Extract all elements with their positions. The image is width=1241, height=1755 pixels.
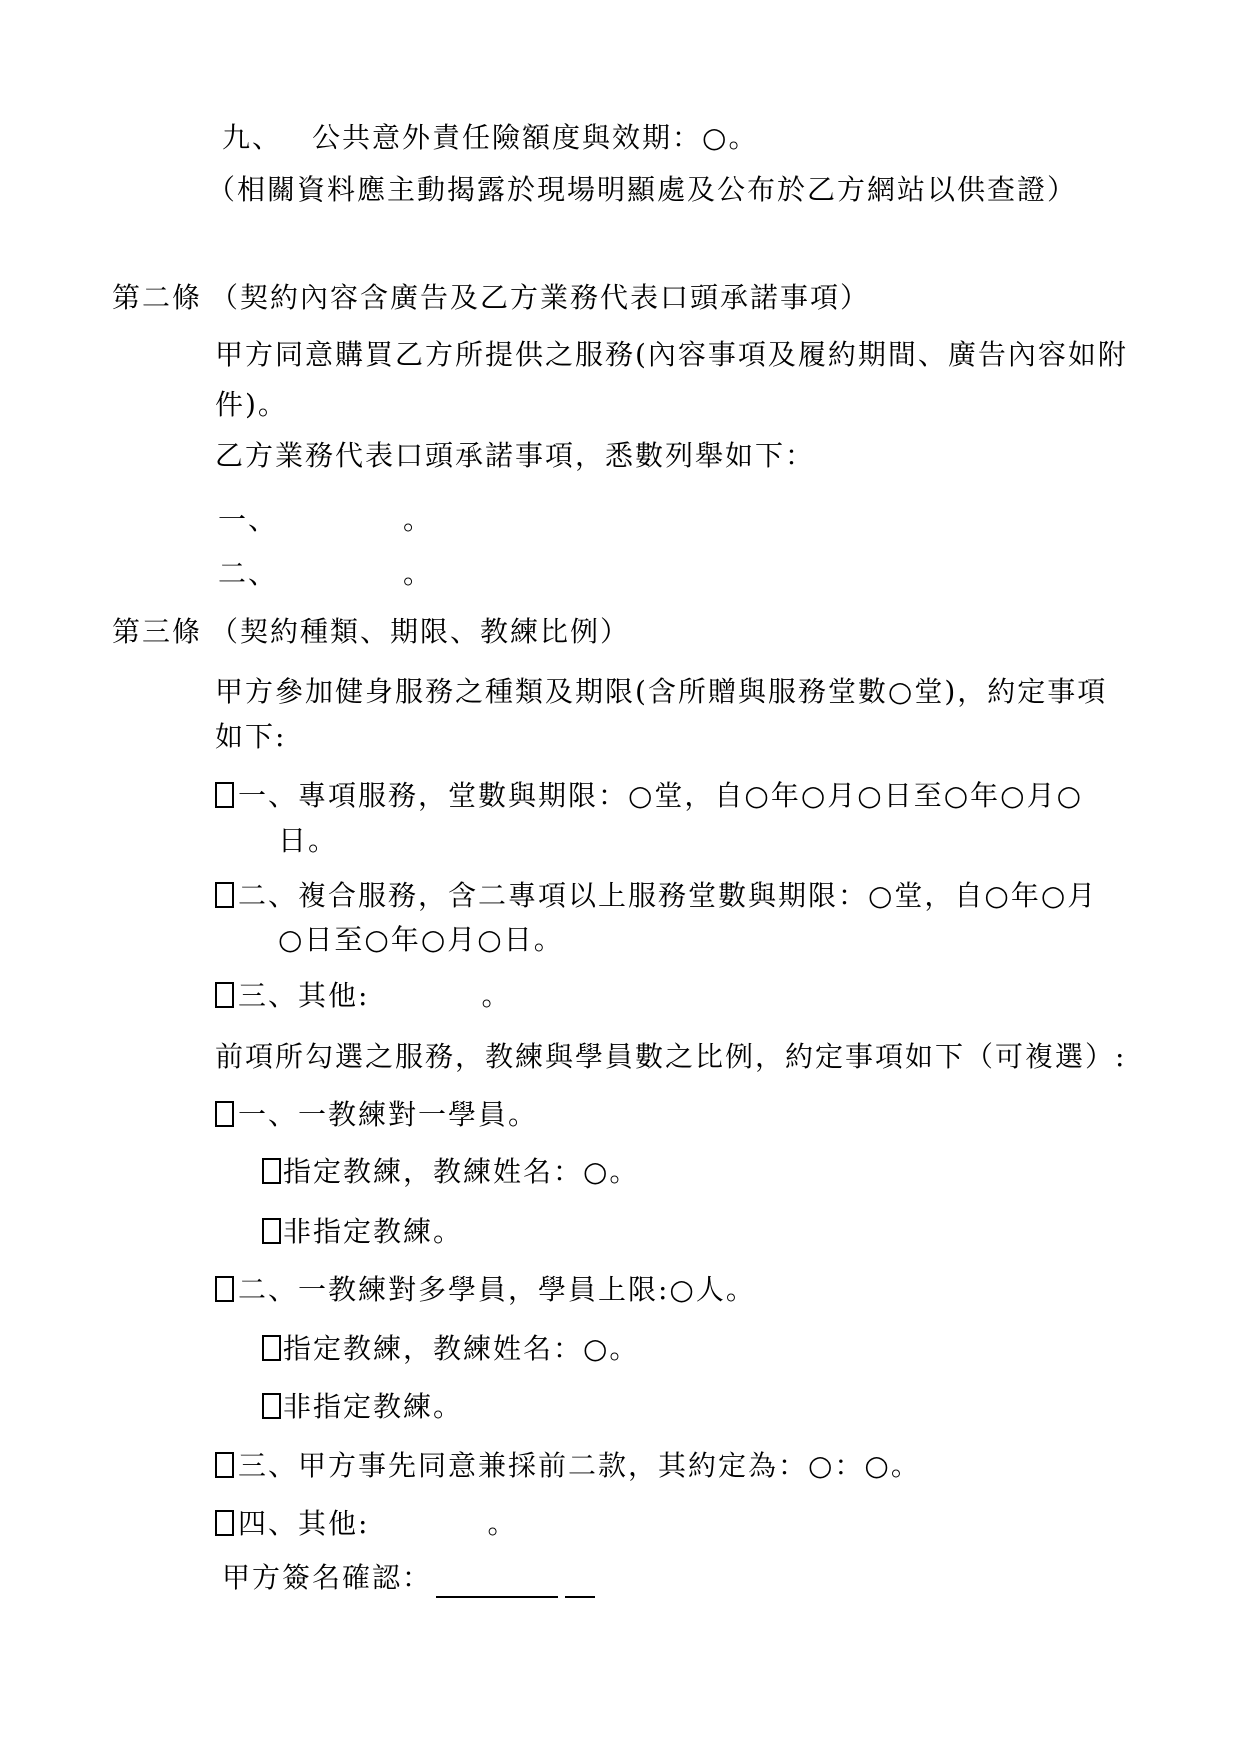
service-option-1-text2: 日。	[278, 824, 338, 857]
article-3-para2-text: 前項所勾選之服務，教練與學員數之比例，約定事項如下（可複選）:	[215, 1040, 1126, 1073]
checkbox-ratio-1-designated-coach[interactable]	[262, 1158, 281, 1184]
service-option-3-row: 三、其他:。	[215, 976, 511, 1016]
contract-page: 九、公共意外責任險額度與效期：○。 （相關資料應主動揭露於現場明顯處及公布於乙方…	[0, 0, 1241, 1755]
signature-line-short[interactable]	[565, 1564, 595, 1598]
article-3-para1-text1: 甲方參加健身服務之種類及期限(含所贈與服務堂數○堂)，約定事項	[215, 675, 1107, 708]
article-2-item-2-row: 二、。	[218, 554, 433, 594]
ratio-option-2-sub-2-text: 非指定教練。	[283, 1390, 463, 1423]
checkbox-ratio-2-designated-coach[interactable]	[262, 1335, 281, 1361]
article-2-para1-line2: 件)。	[215, 385, 288, 425]
article-2-para1-text2: 件)。	[215, 388, 288, 421]
item-9-text: 公共意外責任險額度與效期：○。	[312, 121, 758, 154]
service-option-2-row: 二、複合服務，含二專項以上服務堂數與期限：○堂，自○年○月	[215, 876, 1097, 916]
ratio-option-1-row: 一、一教練對一學員。	[215, 1095, 538, 1135]
article-2-para1-line1: 甲方同意購買乙方所提供之服務(內容事項及履約期間、廣告內容如附	[215, 335, 1128, 375]
service-option-1-text: 一、專項服務，堂數與期限：○堂，自○年○月○日至○年○月○	[238, 779, 1083, 812]
ratio-option-2-row: 二、一教練對多學員，學員上限:○人。	[215, 1270, 756, 1310]
article-3-title: （契約種類、期限、教練比例）	[210, 615, 630, 648]
ratio-option-2-sub-1-text: 指定教練，教練姓名：○。	[283, 1332, 639, 1365]
ratio-option-1-sub-1-text: 指定教練，教練姓名：○。	[283, 1155, 639, 1188]
article-2-item-1-number: 一、	[218, 503, 278, 536]
article-3-label: 第三條	[112, 615, 202, 648]
ratio-option-1-sub-2-text: 非指定教練。	[283, 1215, 463, 1248]
article-3-para1-line2: 如下:	[215, 717, 286, 757]
ratio-option-4-period: 。	[487, 1507, 517, 1540]
article-2-item-1-row: 一、。	[218, 500, 433, 540]
article-2-para1-text1: 甲方同意購買乙方所提供之服務(內容事項及履約期間、廣告內容如附	[215, 338, 1128, 371]
ratio-option-3-text: 三、甲方事先同意兼採前二款，其約定為：○：○。	[238, 1449, 921, 1482]
article-3-para1-line1: 甲方參加健身服務之種類及期限(含所贈與服務堂數○堂)，約定事項	[215, 672, 1107, 712]
ratio-option-2-sub-1-row: 指定教練，教練姓名：○。	[262, 1329, 639, 1369]
article-2-item-2-number: 二、	[218, 557, 278, 590]
article-2-heading-row: 第二條	[112, 278, 202, 318]
checkbox-service-1[interactable]	[215, 782, 234, 808]
item-9-number: 九、	[222, 118, 282, 158]
article-3-heading-row: 第三條	[112, 612, 202, 652]
disclosure-note-row: （相關資料應主動揭露於現場明顯處及公布於乙方網站以供查證）	[207, 170, 1077, 210]
checkbox-ratio-1-nondesignated-coach[interactable]	[262, 1218, 281, 1244]
ratio-option-2-text: 二、一教練對多學員，學員上限:○人。	[238, 1273, 756, 1306]
service-option-3-period: 。	[481, 979, 511, 1012]
checkbox-ratio-1[interactable]	[215, 1101, 234, 1127]
ratio-option-4-text: 四、其他:	[238, 1507, 369, 1540]
ratio-option-3-row: 三、甲方事先同意兼採前二款，其約定為：○：○。	[215, 1446, 921, 1486]
signature-line[interactable]	[436, 1564, 558, 1598]
checkbox-service-2[interactable]	[215, 882, 234, 908]
article-2-title: （契約內容含廣告及乙方業務代表口頭承諾事項）	[210, 281, 870, 314]
article-2-label: 第二條	[112, 281, 202, 314]
ratio-option-1-sub-2-row: 非指定教練。	[262, 1212, 463, 1252]
ratio-option-4-row: 四、其他:。	[215, 1504, 517, 1544]
ratio-option-2-sub-2-row: 非指定教練。	[262, 1387, 463, 1427]
service-option-1-wrap-row: 日。	[278, 821, 338, 861]
article-2-item-1-period: 。	[403, 503, 433, 536]
service-option-2-text2: ○日至○年○月○日。	[278, 923, 564, 956]
checkbox-ratio-4[interactable]	[215, 1510, 234, 1536]
article-2-item-2-period: 。	[403, 557, 433, 590]
article-2-para2-text: 乙方業務代表口頭承諾事項，悉數列舉如下：	[215, 439, 815, 472]
service-option-1-row: 一、專項服務，堂數與期限：○堂，自○年○月○日至○年○月○	[215, 776, 1083, 816]
article-2-title-row: （契約內容含廣告及乙方業務代表口頭承諾事項）	[210, 278, 870, 318]
article-3-title-row: （契約種類、期限、教練比例）	[210, 612, 630, 652]
article-3-para1-text2: 如下:	[215, 720, 286, 753]
service-option-3-text: 三、其他:	[238, 979, 369, 1012]
item-9-row: 九、公共意外責任險額度與效期：○。	[222, 118, 758, 158]
ratio-option-1-sub-1-row: 指定教練，教練姓名：○。	[262, 1152, 639, 1192]
service-option-2-text: 二、複合服務，含二專項以上服務堂數與期限：○堂，自○年○月	[238, 879, 1097, 912]
checkbox-ratio-2-nondesignated-coach[interactable]	[262, 1393, 281, 1419]
signature-row: 甲方簽名確認：	[222, 1558, 595, 1598]
disclosure-note-text: （相關資料應主動揭露於現場明顯處及公布於乙方網站以供查證）	[207, 173, 1077, 206]
checkbox-service-3[interactable]	[215, 982, 234, 1008]
service-option-2-wrap-row: ○日至○年○月○日。	[278, 920, 564, 960]
signature-label: 甲方簽名確認：	[222, 1561, 432, 1594]
article-2-para2-row: 乙方業務代表口頭承諾事項，悉數列舉如下：	[215, 436, 815, 476]
checkbox-ratio-2[interactable]	[215, 1276, 234, 1302]
ratio-option-1-text: 一、一教練對一學員。	[238, 1098, 538, 1131]
article-3-para2-row: 前項所勾選之服務，教練與學員數之比例，約定事項如下（可複選）:	[215, 1037, 1126, 1077]
checkbox-ratio-3[interactable]	[215, 1452, 234, 1478]
